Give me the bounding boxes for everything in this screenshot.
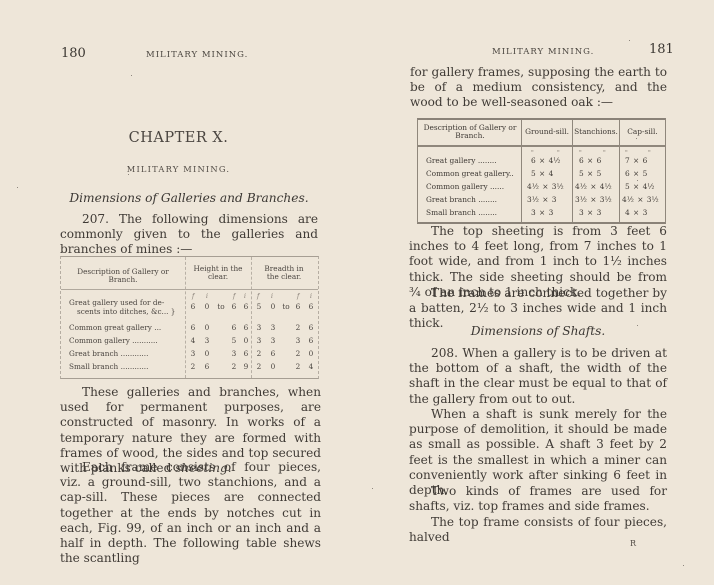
page-number: 181 [649, 42, 674, 57]
ground-sill-value: 3 × 3 [531, 208, 553, 217]
breadth-inches-max: 0 [306, 349, 316, 358]
table-row: Great gallery used for de- scents into d… [61, 298, 318, 320]
height-inches: 6 [202, 362, 212, 371]
scan-speck [629, 40, 630, 41]
stanchions-value: 3 × 3 [579, 208, 601, 217]
table-header: Description of Gallery or Branch. Height… [61, 257, 318, 290]
paragraph-continued: for gallery frames, supposing the earth … [410, 65, 667, 111]
row-description: Great branch ............ [69, 349, 148, 358]
height-to: to [216, 302, 226, 311]
cap-sill-value: 7 × 6 [625, 156, 647, 165]
table-row: Small branch ............ 2 6 2 9 2 0 2 … [61, 362, 318, 375]
height-inches: 0 [202, 349, 212, 358]
height-feet-max: 6 [229, 323, 239, 332]
breadth-inches: 0 [268, 362, 278, 371]
row-description: Common gallery ...... [426, 182, 504, 191]
height-inches: 0 [202, 323, 212, 332]
row-description: Common gallery ........... [69, 336, 158, 345]
breadth-inches-max: 6 [306, 336, 316, 345]
breadth-feet-max: 2 [293, 349, 303, 358]
section-heading: Dimensions of Shafts. [409, 324, 667, 338]
row-description: Great branch ........ [426, 195, 497, 204]
section-heading: Dimensions of Galleries and Branches. [60, 191, 318, 205]
paragraph-text: 208. When a gallery is to be driven at t… [409, 346, 667, 406]
row-description: Great gallery used for de- [69, 298, 164, 307]
breadth-inches-max: 6 [306, 323, 316, 332]
stanchions-value: 5 × 5 [579, 169, 601, 178]
ground-sill-value: 6 × 4½ [531, 156, 560, 165]
header-stanchions: Stanchions. [573, 128, 619, 136]
height-inches-max: 9 [241, 362, 251, 371]
height-inches: 3 [202, 336, 212, 345]
header-cap-sill: Cap-sill. [620, 128, 665, 136]
paragraph-text: for gallery frames, supposing the earth … [410, 65, 667, 109]
height-feet: 4 [188, 336, 198, 345]
gallery-dimensions-table: Description of Gallery or Branch. Height… [60, 256, 319, 379]
breadth-inches: 0 [268, 302, 278, 311]
height-inches-max: 6 [241, 323, 251, 332]
breadth-to: to [281, 302, 291, 311]
cap-sill-value: 4½ × 3½ [622, 195, 659, 204]
breadth-feet: 2 [254, 362, 264, 371]
height-inches-max: 6 [241, 302, 251, 311]
breadth-feet-max: 3 [293, 336, 303, 345]
ground-sill-value: 5 × 4 [531, 169, 553, 178]
cap-sill-value: 6 × 5 [625, 169, 647, 178]
row-description: Common great gallery ... [69, 323, 161, 332]
table-row: Common great gallery.. 5 × 4 5 × 5 6 × 5 [418, 169, 665, 181]
scan-speck [128, 174, 129, 175]
height-feet: 2 [188, 362, 198, 371]
stanchions-value: 6 × 6 [579, 156, 601, 165]
height-inches-max: 6 [241, 349, 251, 358]
scan-speck [637, 325, 638, 326]
header-description: Description of Gallery or Branch. [422, 124, 518, 140]
breadth-feet: 5 [254, 302, 264, 311]
scan-speck [17, 187, 18, 188]
chapter-title: CHAPTER X. [0, 130, 357, 146]
paragraph-top-frame: The top frame consists of four pieces, h… [409, 515, 667, 545]
signature-mark: R [630, 539, 636, 548]
scan-speck [683, 565, 684, 566]
breadth-inches: 3 [268, 323, 278, 332]
row-description: Small branch ........ [426, 208, 497, 217]
paragraph-kinds: Two kinds of frames are used for shafts,… [409, 484, 667, 514]
breadth-feet-max: 2 [293, 362, 303, 371]
breadth-feet: 3 [254, 336, 264, 345]
breadth-inches-max: 6 [306, 302, 316, 311]
row-description: Great gallery ........ [426, 156, 497, 165]
height-feet-max: 3 [229, 349, 239, 358]
row-description: scents into ditches, &c... } [77, 307, 175, 316]
stanchions-value: 4½ × 4½ [575, 182, 612, 191]
breadth-feet: 2 [254, 349, 264, 358]
cap-sill-value: 4 × 3 [625, 208, 647, 217]
height-feet-max: 2 [229, 362, 239, 371]
height-inches-max: 0 [241, 336, 251, 345]
breadth-inches: 6 [268, 349, 278, 358]
table-row: Common great gallery ... 6 0 6 6 3 3 2 6 [61, 323, 318, 336]
breadth-inches-max: 4 [306, 362, 316, 371]
running-head: MILITARY MINING. [492, 47, 594, 57]
breadth-feet-max: 2 [293, 323, 303, 332]
table-row: Common gallery ........... 4 3 5 0 3 3 3… [61, 336, 318, 349]
scan-speck [372, 488, 373, 489]
table-row: Great branch ........ 3½ × 3 3½ × 3½ 4½ … [418, 195, 665, 207]
table-row: Great branch ............ 3 0 3 6 2 6 2 … [61, 349, 318, 362]
table-row: Common gallery ...... 4½ × 3½ 4½ × 4½ 5 … [418, 182, 665, 194]
right-page: MILITARY MINING. 181 for gallery frames,… [357, 0, 714, 585]
height-feet-max: 5 [229, 336, 239, 345]
height-feet-max: 6 [229, 302, 239, 311]
paragraph-207: 207. The following dimensions are common… [60, 212, 318, 258]
paragraph-208: 208. When a gallery is to be driven at t… [409, 346, 667, 407]
height-inches: 0 [202, 302, 212, 311]
paragraph-text: Two kinds of frames are used for shafts,… [409, 484, 667, 513]
table-row: Great gallery ........ 6 × 4½ 6 × 6 7 × … [418, 156, 665, 168]
breadth-inches: 3 [268, 336, 278, 345]
header-ground-sill: Ground-sill. [522, 128, 572, 136]
paragraph-frame: Each frame consists of four pieces, viz.… [60, 460, 321, 566]
header-description: Description of Gallery or Branch. [63, 268, 183, 284]
height-feet: 3 [188, 349, 198, 358]
paragraph-text: Each frame consists of four pieces, viz.… [60, 460, 321, 565]
paragraph-text: The top frame consists of four pieces, h… [409, 515, 667, 544]
scan-speck [131, 75, 132, 76]
running-head: MILITARY MINING. [146, 50, 248, 60]
chapter-subtitle: MILITARY MINING. [0, 164, 357, 174]
row-description: Small branch ............ [69, 362, 148, 371]
paragraph-text: 207. The following dimensions are common… [60, 212, 318, 256]
ground-sill-value: 4½ × 3½ [527, 182, 564, 191]
table-header: Description of Gallery or Branch. Ground… [418, 120, 665, 147]
header-breadth: Breadth in the clear. [252, 265, 316, 281]
left-page: 180 MILITARY MINING. CHAPTER X. MILITARY… [0, 0, 357, 585]
height-feet: 6 [188, 302, 198, 311]
scantling-table: Description of Gallery or Branch. Ground… [417, 118, 666, 224]
breadth-feet-max: 6 [293, 302, 303, 311]
breadth-feet: 3 [254, 323, 264, 332]
ground-sill-value: 3½ × 3 [527, 195, 556, 204]
header-height: Height in the clear. [187, 265, 249, 281]
table-row: Small branch ........ 3 × 3 3 × 3 4 × 3 [418, 208, 665, 220]
page-number: 180 [61, 46, 86, 61]
row-description: Common great gallery.. [426, 169, 514, 178]
scan-speck [636, 138, 637, 139]
cap-sill-value: 5 × 4½ [625, 182, 654, 191]
scan-speck [637, 180, 638, 181]
stanchions-value: 3½ × 3½ [575, 195, 612, 204]
height-feet: 6 [188, 323, 198, 332]
